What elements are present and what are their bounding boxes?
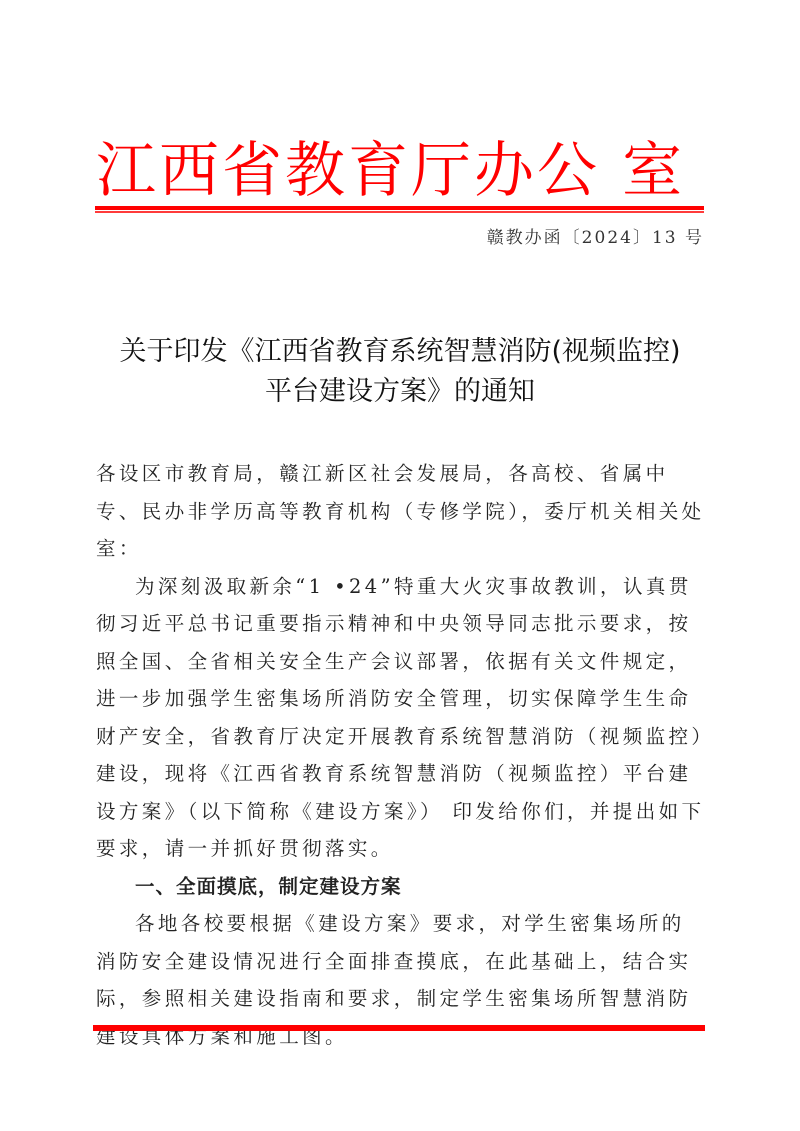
document-body: 各设区市教育局，赣江新区社会发展局，各高校、省属中专、民办非学历高等教育机构（专…: [96, 455, 706, 1055]
document-title: 关于印发《江西省教育系统智慧消防(视频监控) 平台建设方案》的通知: [80, 332, 720, 412]
section-heading-1: 一、全面摸底，制定建设方案: [96, 868, 706, 906]
intro-paragraph: 为深刻汲取新余“1 •24”特重大火灾事故教训，认真贯彻习近平总书记重要指示精神…: [96, 568, 706, 868]
footer-red-rule: [93, 1025, 705, 1031]
document-page: 江西省教育厅办公 室 赣教办函〔2024〕13 号 关于印发《江西省教育系统智慧…: [0, 0, 800, 1131]
section-1-paragraph: 各地各校要根据《建设方案》要求，对学生密集场所的消防安全建设情况进行全面排查摸底…: [96, 905, 706, 1055]
title-line-1: 关于印发《江西省教育系统智慧消防(视频监控): [80, 332, 720, 372]
addressees: 各设区市教育局，赣江新区社会发展局，各高校、省属中专、民办非学历高等教育机构（专…: [96, 455, 706, 568]
masthead-thin-red-rule: [95, 211, 704, 213]
issuing-office-masthead: 江西省教育厅办公 室: [96, 138, 706, 204]
masthead-red-rule: [95, 206, 704, 210]
title-line-2: 平台建设方案》的通知: [80, 372, 720, 412]
document-number: 赣教办函〔2024〕13 号: [487, 224, 704, 252]
